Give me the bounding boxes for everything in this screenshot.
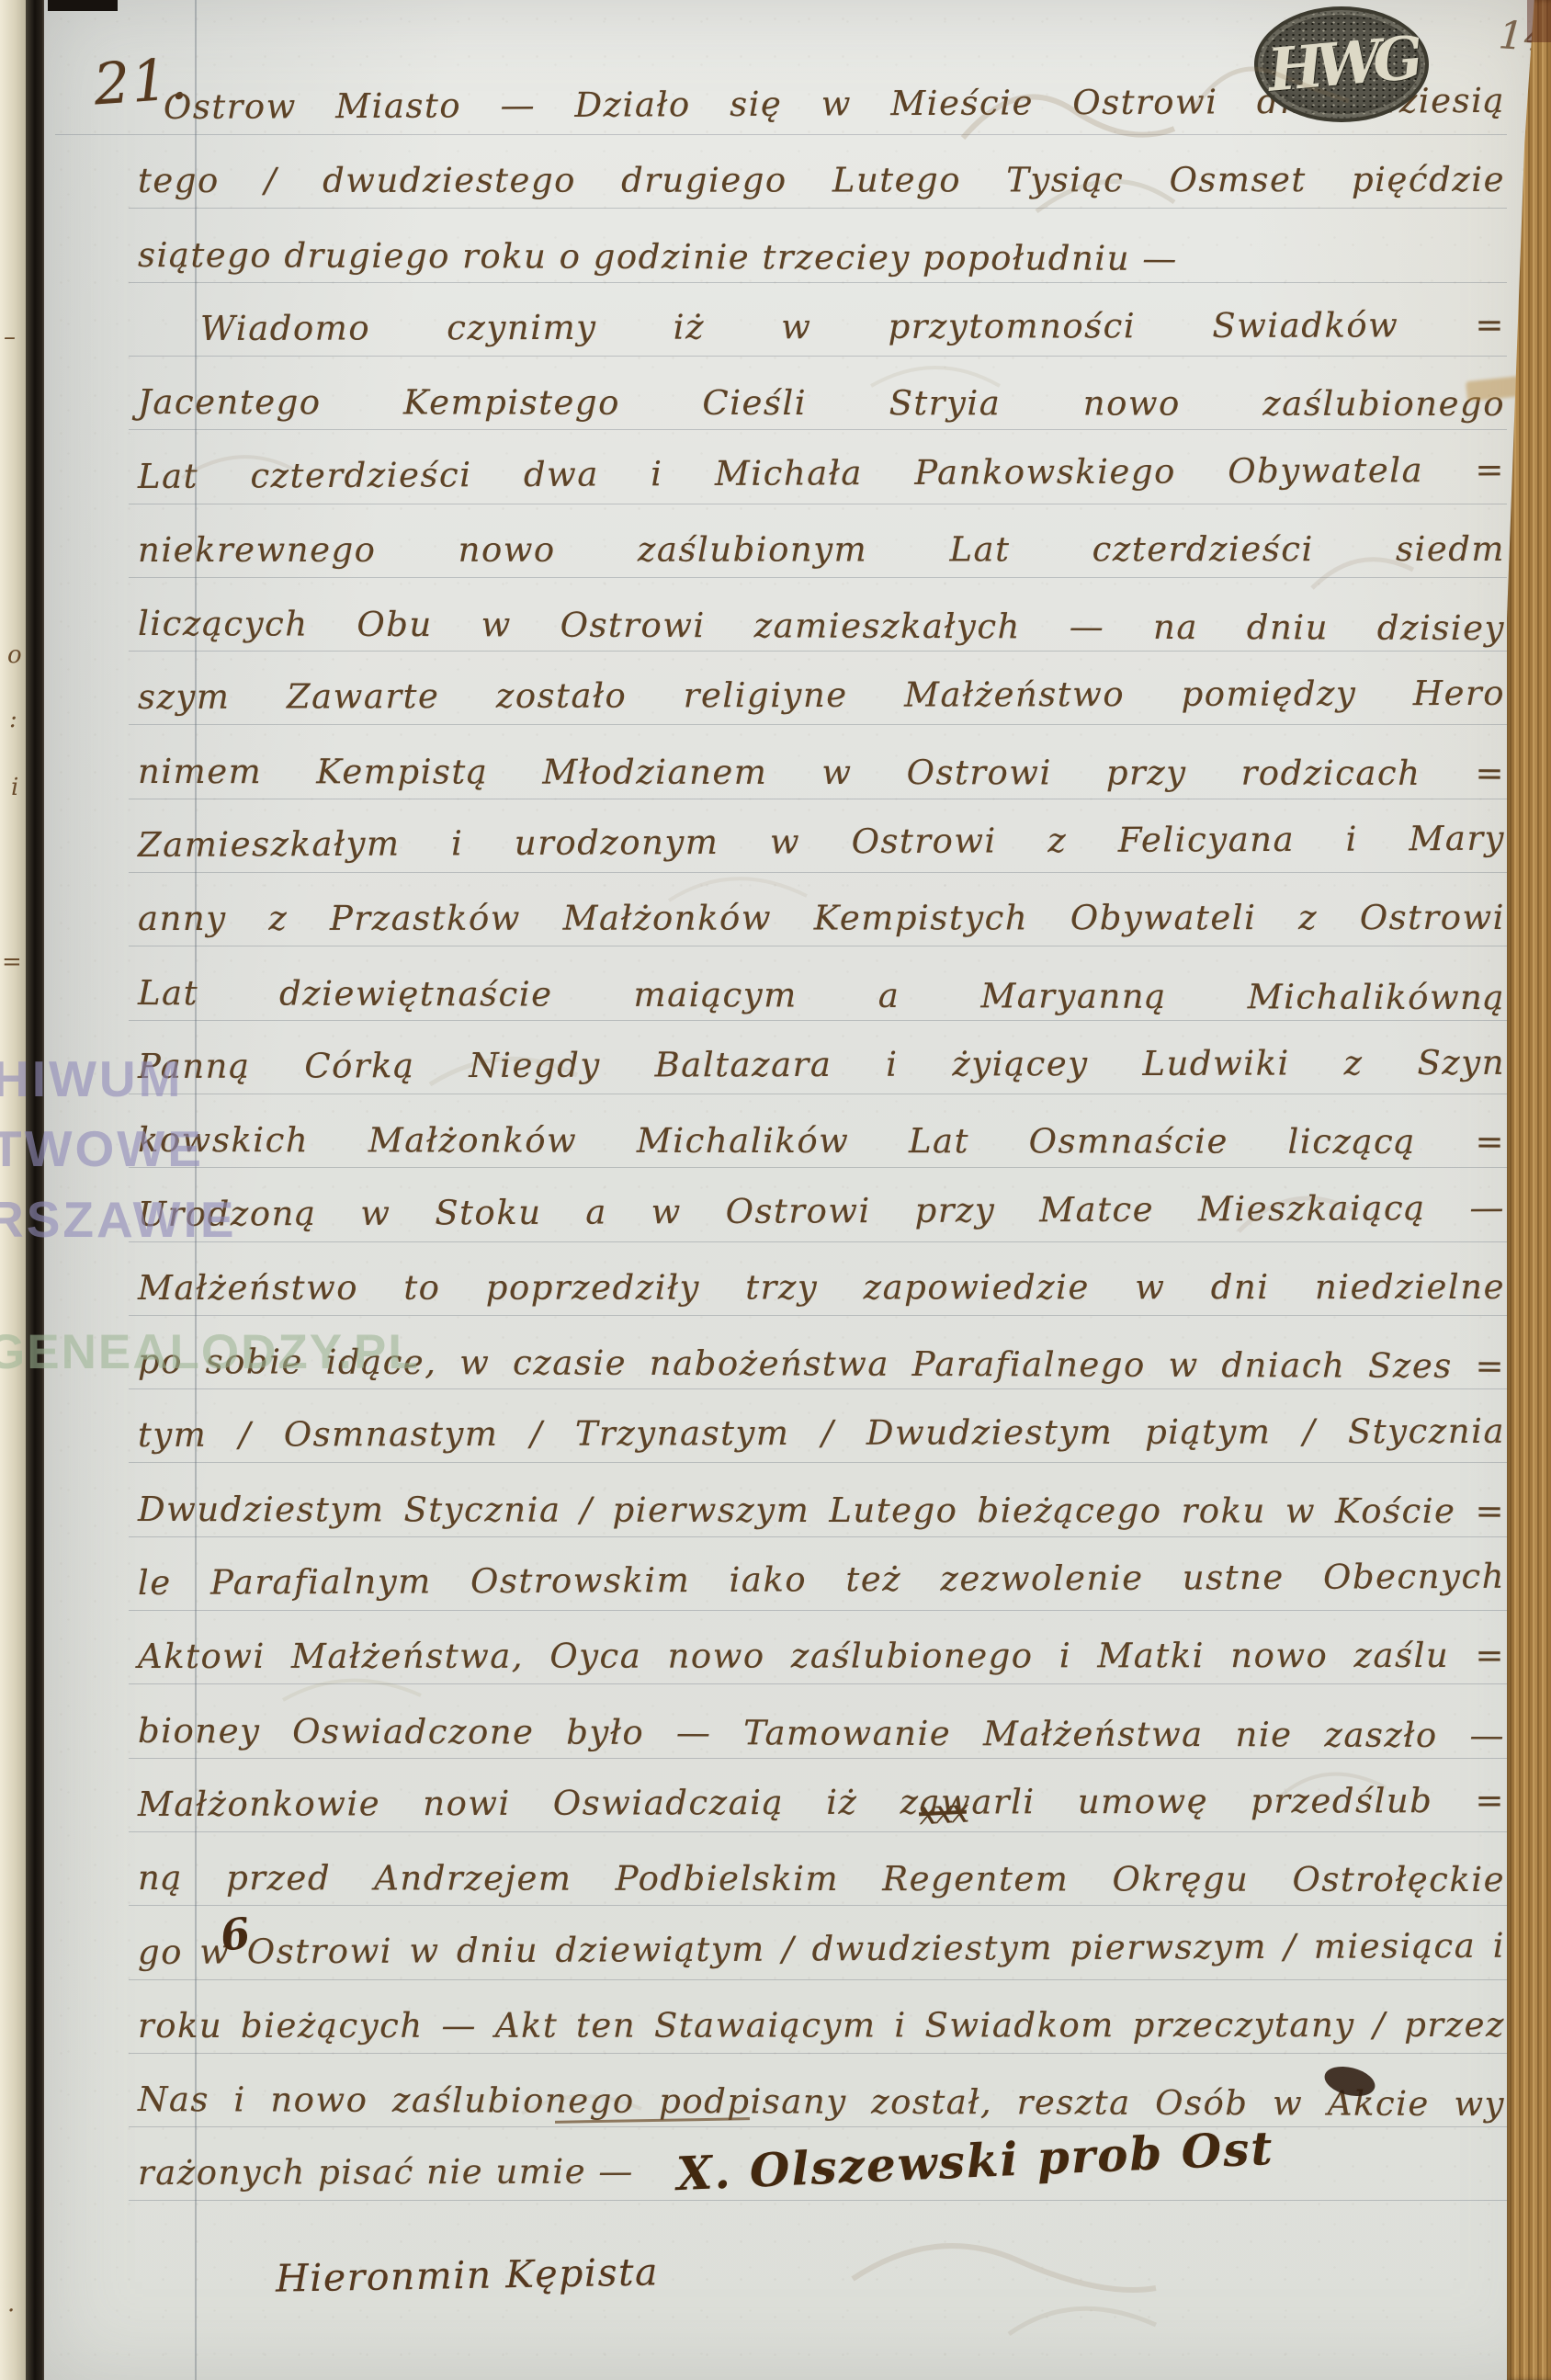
guide-line xyxy=(129,1831,1507,1832)
manuscript-line: ną przed Andrzejem Podbielskim Regentem … xyxy=(138,1852,1505,1907)
manuscript-line: Dwudziestym Stycznia / pierwszym Lutego … xyxy=(138,1483,1505,1538)
manuscript-line: bioney Oswiadczone było — Tamowanie Małż… xyxy=(138,1705,1505,1762)
ink-correction-mark: 6 xyxy=(217,1908,253,1961)
manuscript-line: tym / Osmnastym / Trzynastym / Dwudziest… xyxy=(138,1405,1505,1462)
guide-line xyxy=(55,134,1507,135)
manuscript-line: roku bieżących — Akt ten Stawaiącym i Sw… xyxy=(138,1999,1505,2053)
manuscript-line: szym Zawarte zostało religiyne Małżeństw… xyxy=(138,667,1505,724)
watermark-archive-line2: TWOWE xyxy=(0,1119,204,1178)
guide-line xyxy=(129,2053,1507,2054)
manuscript-line: liczących Obu w Ostrowi zamieszkałych — … xyxy=(138,597,1505,655)
guide-line xyxy=(129,724,1507,725)
guide-line xyxy=(129,1610,1507,1611)
manuscript-line: Małżeństwo to poprzedziły trzy zapowiedz… xyxy=(138,1261,1505,1315)
watermark-archive-line3: RSZAWIE xyxy=(0,1190,237,1249)
register-page: 21. Ostrow Miasto — Działo się w Mieście… xyxy=(44,0,1551,2380)
guide-line xyxy=(129,1462,1507,1463)
manuscript-line: Lat czterdzieści dwa i Michała Pankowski… xyxy=(138,443,1505,503)
manuscript-line: Aktowi Małżeństwa, Oyca nowo zaślubioneg… xyxy=(138,1629,1505,1683)
edge-ink-mark: – xyxy=(4,323,16,351)
edge-ink-mark: i xyxy=(11,774,18,801)
document-scan: 21. Ostrow Miasto — Działo się w Mieście… xyxy=(0,0,1551,2380)
edge-ink-mark: o xyxy=(7,641,22,669)
guide-line xyxy=(129,1979,1507,1980)
guide-line xyxy=(129,208,1507,209)
manuscript-line: niekrewnego nowo zaślubionym Lat czterdz… xyxy=(138,523,1505,577)
manuscript-line: Nas i nowo zaślubionego podpisany został… xyxy=(138,2073,1505,2131)
guide-line xyxy=(129,356,1507,357)
manuscript-line: Panną Córką Niegdy Baltazara i żyiącey L… xyxy=(138,1037,1505,1094)
guide-line xyxy=(129,1094,1507,1094)
priest-signature: X. Olszewski prob Ost xyxy=(675,2121,1275,2201)
stamp-monogram-icon: HWG xyxy=(1265,24,1418,106)
manuscript-line: go w Ostrowi w dniu dziewiątym / dwudzie… xyxy=(138,1919,1505,1978)
dark-corner xyxy=(1527,0,1551,42)
guide-line xyxy=(129,577,1507,578)
groom-signature: Hieronmin Kępista xyxy=(276,2250,660,2300)
manuscript-line: rażonych pisać nie umie — xyxy=(138,2146,634,2201)
guide-line xyxy=(129,872,1507,873)
manuscript-line: Jacentego Kempistego Cieśli Stryia nowo … xyxy=(138,376,1505,431)
manuscript-line: anny z Przastków Małżonków Kempistych Ob… xyxy=(138,891,1505,946)
manuscript-line: siątego drugiego roku o godzinie trzecie… xyxy=(138,229,1038,285)
manuscript-line: Małżonkowie nowi Oswiadczaią iż zawarli … xyxy=(138,1774,1505,1831)
watermark-archive-line1: HIWUM xyxy=(0,1049,183,1108)
manuscript-line: Zamieszkałym i urodzonym w Ostrowi z Fel… xyxy=(138,812,1505,872)
manuscript-line: nimem Kempistą Młodzianem w Ostrowi przy… xyxy=(138,745,1505,800)
manuscript-line: kowskich Małżonków Michalików Lat Osmnaś… xyxy=(138,1114,1505,1169)
edge-ink-mark: : xyxy=(9,706,17,733)
guide-line xyxy=(129,1315,1507,1316)
struck-out-word: xxx xyxy=(918,1793,968,1833)
guide-line xyxy=(129,2200,1507,2201)
archive-oval-stamp: HWG xyxy=(1254,6,1429,122)
manuscript-line: Lat dziewiętnaście maiącym a Maryanną Mi… xyxy=(138,967,1505,1025)
guide-line xyxy=(129,1683,1507,1684)
manuscript-line: tego / dwudziestego drugiego Lutego Tysi… xyxy=(138,153,1505,208)
guide-line xyxy=(129,946,1507,946)
manuscript-line: Urodzoną w Stoku a w Ostrowi przy Matce … xyxy=(138,1181,1505,1241)
manuscript-line: le Parafialnym Ostrowskim iako też zezwo… xyxy=(138,1550,1505,1610)
guide-line xyxy=(129,1241,1507,1242)
edge-ink-mark: = xyxy=(2,948,22,976)
manuscript-line: Wiadomo czynimy iż w przytomności Swiadk… xyxy=(200,299,1505,356)
guide-line xyxy=(129,504,1507,504)
edge-ink-mark: · xyxy=(7,2297,15,2325)
top-edge-notch xyxy=(48,0,118,11)
watermark-genealodzy: GENEALODZY.PL xyxy=(0,1324,420,1380)
